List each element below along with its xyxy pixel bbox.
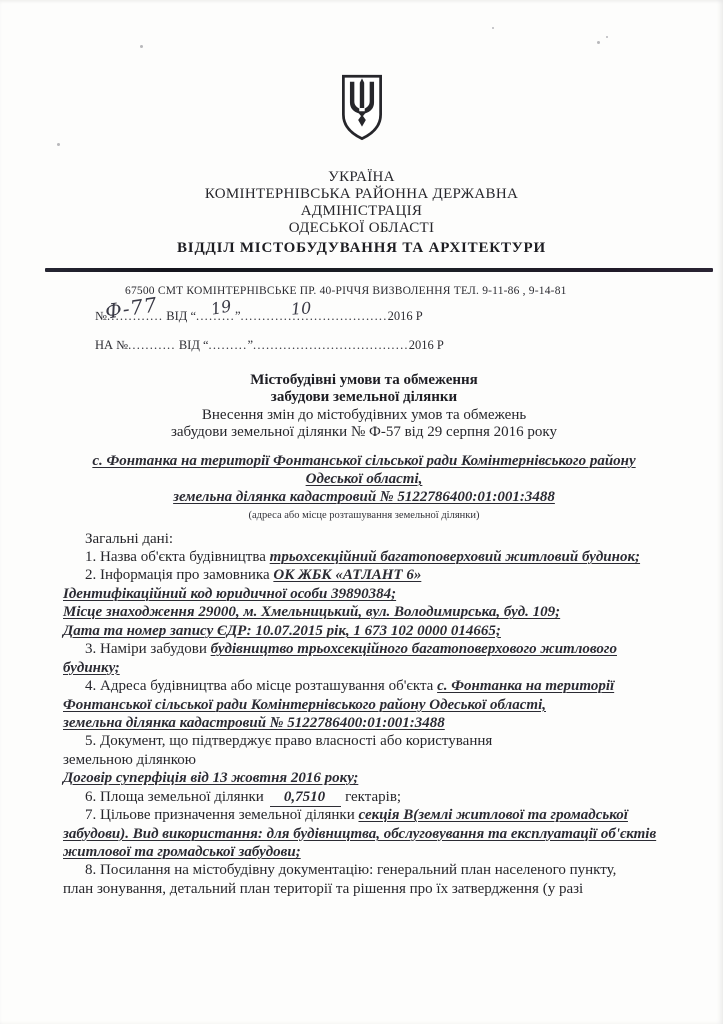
org-header: УКРАЇНА КОМІНТЕРНІВСЬКА РАЙОННА ДЕРЖАВНА…: [0, 169, 723, 258]
location-line: Одеської області,: [63, 470, 665, 488]
handwritten-day: 19: [209, 296, 232, 319]
title-line-1: Містобудівні умови та обмеження: [63, 372, 665, 390]
item-5-ownership-document: 5. Документ, що підтверджує право власно…: [63, 732, 665, 750]
address-line: 67500 СМТ КОМІНТЕРНІВСЬКЕ ПР. 40-РІЧЧЯ В…: [125, 284, 665, 298]
location-line: земельна ділянка кадастровий № 512278640…: [63, 488, 665, 506]
item-3-development-intent: 3. Наміри забудови будівництво трьохсекц…: [63, 640, 665, 677]
item-6-suffix: гектарів;: [345, 789, 401, 805]
location-caption: (адреса або місце розташування земельної…: [63, 507, 665, 525]
document-title: Містобудівні умови та обмеження забудови…: [63, 372, 665, 442]
org-line-country: УКРАЇНА: [0, 169, 723, 186]
doc-number-row: №............. ВІД “.........”..........…: [95, 309, 665, 331]
item-1-label: 1. Назва об'єкта будівництва: [85, 549, 270, 565]
org-department: ВІДДІЛ МІСТОБУДУВАННЯ ТА АРХІТЕКТУРИ: [0, 239, 723, 258]
item-6-label: 6. Площа земельної ділянки: [85, 789, 264, 805]
item-7-land-purpose: 7. Цільове призначення земельної ділянки…: [63, 806, 665, 861]
item-2-id-code-line: Ідентифікаційний код юридичної особи 398…: [63, 585, 665, 603]
year-label: 2016 Р: [409, 338, 444, 352]
item-5-line-2: земельною ділянкою: [63, 751, 665, 769]
item-4-cadastre-line: земельна ділянка кадастровий № 512278640…: [63, 714, 665, 732]
general-data-label: Загальні дані:: [63, 530, 665, 548]
dotted-leader: ..................................: [241, 309, 388, 323]
item-4-construction-address: 4. Адреса будівництва або місце розташув…: [63, 677, 665, 714]
item-3-label: 3. Наміри забудови: [85, 641, 211, 657]
item-2-label: 2. Інформація про замовника: [85, 567, 273, 583]
ukraine-trident-emblem: [339, 74, 385, 142]
scan-speck: [606, 36, 608, 38]
reply-to-row: НА №........... ВІД “.........”.........…: [95, 338, 665, 360]
item-1-building-name: 1. Назва об'єкта будівництва трьохсекцій…: [63, 548, 665, 566]
item-6-value: 0,7510: [270, 789, 341, 807]
emblem-container: [0, 0, 723, 147]
year-label: 2016 Р: [388, 309, 423, 323]
org-line-region: ОДЕСЬКОЇ ОБЛАСТІ: [0, 220, 723, 237]
item-8-line-2: план зонування, детальний план території…: [63, 880, 665, 898]
item-5-value: Договір суперфіція від 13 жовтня 2016 ро…: [63, 769, 665, 787]
location-line: с. Фонтанка на території Фонтанської сіл…: [63, 452, 665, 470]
scan-speck: [140, 45, 143, 48]
item-1-value: трьохсекційний багатоповерховий житловий…: [270, 549, 640, 565]
item-8-planning-docs: 8. Посилання на містобудівну документаці…: [63, 861, 665, 879]
item-7-label: 7. Цільове призначення земельної ділянки: [85, 807, 358, 823]
item-6-land-area: 6. Площа земельної ділянки0,7510гектарів…: [63, 788, 665, 806]
item-4-label: 4. Адреса будівництва або місце розташув…: [85, 678, 437, 694]
title-line-4: забудови земельної ділянки № Ф-57 від 29…: [63, 424, 665, 442]
reference-block: №............. ВІД “.........”..........…: [95, 309, 665, 360]
item-2-location-line: Місце знаходження 29000, м. Хмельницький…: [63, 603, 665, 621]
document-body: 67500 СМТ КОМІНТЕРНІВСЬКЕ ПР. 40-РІЧЧЯ В…: [0, 284, 723, 898]
scan-speck: [597, 41, 600, 44]
item-2-registry-line: Дата та номер запису ЄДР: 10.07.2015 рік…: [63, 622, 665, 640]
vid-label: ВІД: [166, 309, 187, 323]
org-line-administration-2: АДМІНІСТРАЦІЯ: [0, 203, 723, 220]
item-2-customer-info: 2. Інформація про замовника ОК ЖБК «АТЛА…: [63, 566, 665, 584]
dotted-leader: .........: [209, 338, 248, 352]
header-divider-rule: [45, 268, 713, 272]
location-block: с. Фонтанка на території Фонтанської сіл…: [63, 452, 665, 525]
scanned-document-page: УКРАЇНА КОМІНТЕРНІВСЬКА РАЙОННА ДЕРЖАВНА…: [0, 0, 723, 1024]
item-2-value: ОК ЖБК «АТЛАНТ 6»: [273, 567, 421, 583]
na-no-label: НА №: [95, 338, 128, 352]
scan-speck: [492, 27, 494, 29]
title-line-3: Внесення змін до містобудівних умов та о…: [63, 407, 665, 425]
org-line-administration-1: КОМІНТЕРНІВСЬКА РАЙОННА ДЕРЖАВНА: [0, 186, 723, 203]
scan-speck: [57, 143, 60, 146]
dotted-leader: ...........: [128, 338, 176, 352]
vid-label: ВІД: [179, 338, 200, 352]
handwritten-month: 10: [290, 298, 312, 319]
title-line-2: забудови земельної ділянки: [63, 389, 665, 407]
dotted-leader: ....................................: [253, 338, 409, 352]
